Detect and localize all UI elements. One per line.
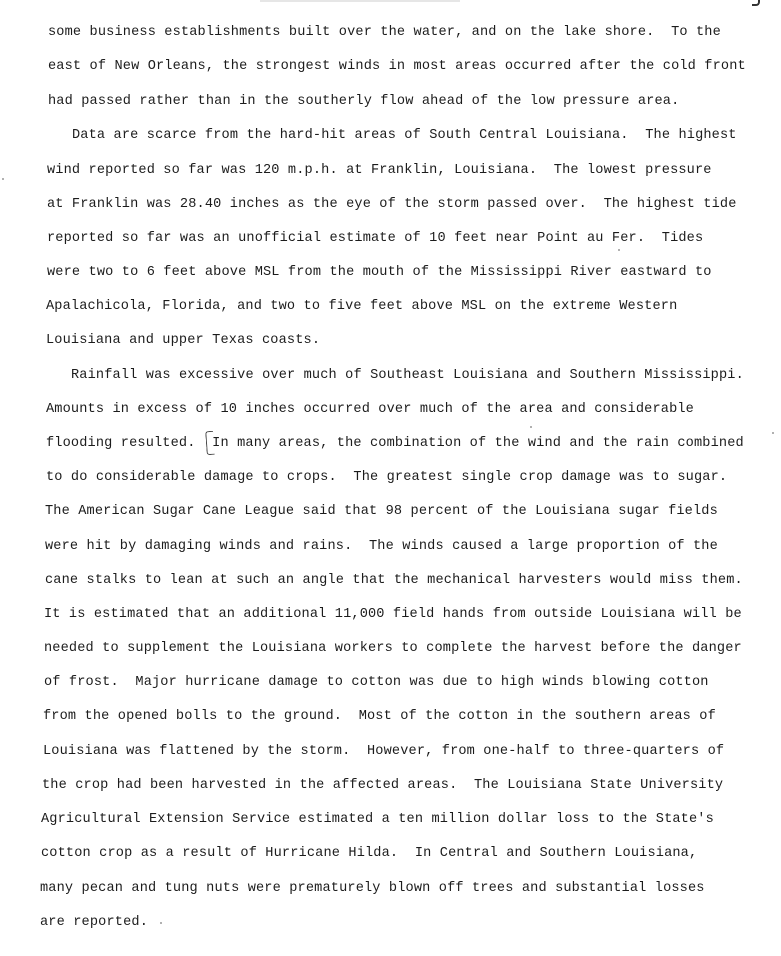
text-line: Rainfall was excessive over much of Sout…: [71, 367, 744, 385]
text-line: many pecan and tung nuts were prematurel…: [40, 880, 705, 898]
text-line: the crop had been harvested in the affec…: [42, 777, 723, 795]
text-line: Apalachicola, Florida, and two to five f…: [46, 298, 677, 316]
text-line: from the opened bolls to the ground. Mos…: [43, 708, 716, 726]
text-line: are reported.: [40, 914, 148, 932]
text-line: to do considerable damage to crops. The …: [46, 469, 727, 487]
text-line: Amounts in excess of 10 inches occurred …: [46, 401, 694, 419]
handwritten-bracket-mark: [205, 431, 215, 455]
text-line: had passed rather than in the southerly …: [48, 93, 679, 111]
text-line: of frost. Major hurricane damage to cott…: [44, 674, 709, 692]
text-line: east of New Orleans, the strongest winds…: [48, 58, 746, 76]
page-number-fragment: [752, 0, 760, 6]
text-line: some business establishments built over …: [48, 24, 721, 42]
text-line: reported so far was an unofficial estima…: [47, 230, 703, 248]
text-line: cane stalks to lean at such an angle tha…: [45, 572, 743, 590]
scan-speck: [2, 178, 4, 180]
top-edge-artifact: [260, 0, 460, 2]
text-line: wind reported so far was 120 m.p.h. at F…: [47, 162, 712, 180]
scan-speck: [618, 249, 620, 251]
text-line: needed to supplement the Louisiana worke…: [44, 640, 742, 658]
text-line: Data are scarce from the hard-hit areas …: [72, 127, 737, 145]
text-line: Louisiana was flattened by the storm. Ho…: [43, 743, 724, 761]
text-line: Agricultural Extension Service estimated…: [41, 811, 714, 829]
document-page: some business establishments built over …: [0, 0, 781, 956]
scan-speck: [530, 426, 532, 428]
text-line: Louisiana and upper Texas coasts.: [46, 332, 320, 350]
text-line: cotton crop as a result of Hurricane Hil…: [41, 845, 697, 863]
text-line: were hit by damaging winds and rains. Th…: [45, 538, 718, 556]
text-line: The American Sugar Cane League said that…: [45, 503, 718, 521]
text-line: were two to 6 feet above MSL from the mo…: [47, 264, 712, 282]
text-line: at Franklin was 28.40 inches as the eye …: [47, 196, 737, 214]
text-line: flooding resulted. In many areas, the co…: [46, 435, 744, 453]
scan-speck: [160, 922, 162, 924]
scan-speck: [772, 432, 774, 434]
text-line: It is estimated that an additional 11,00…: [44, 606, 742, 624]
